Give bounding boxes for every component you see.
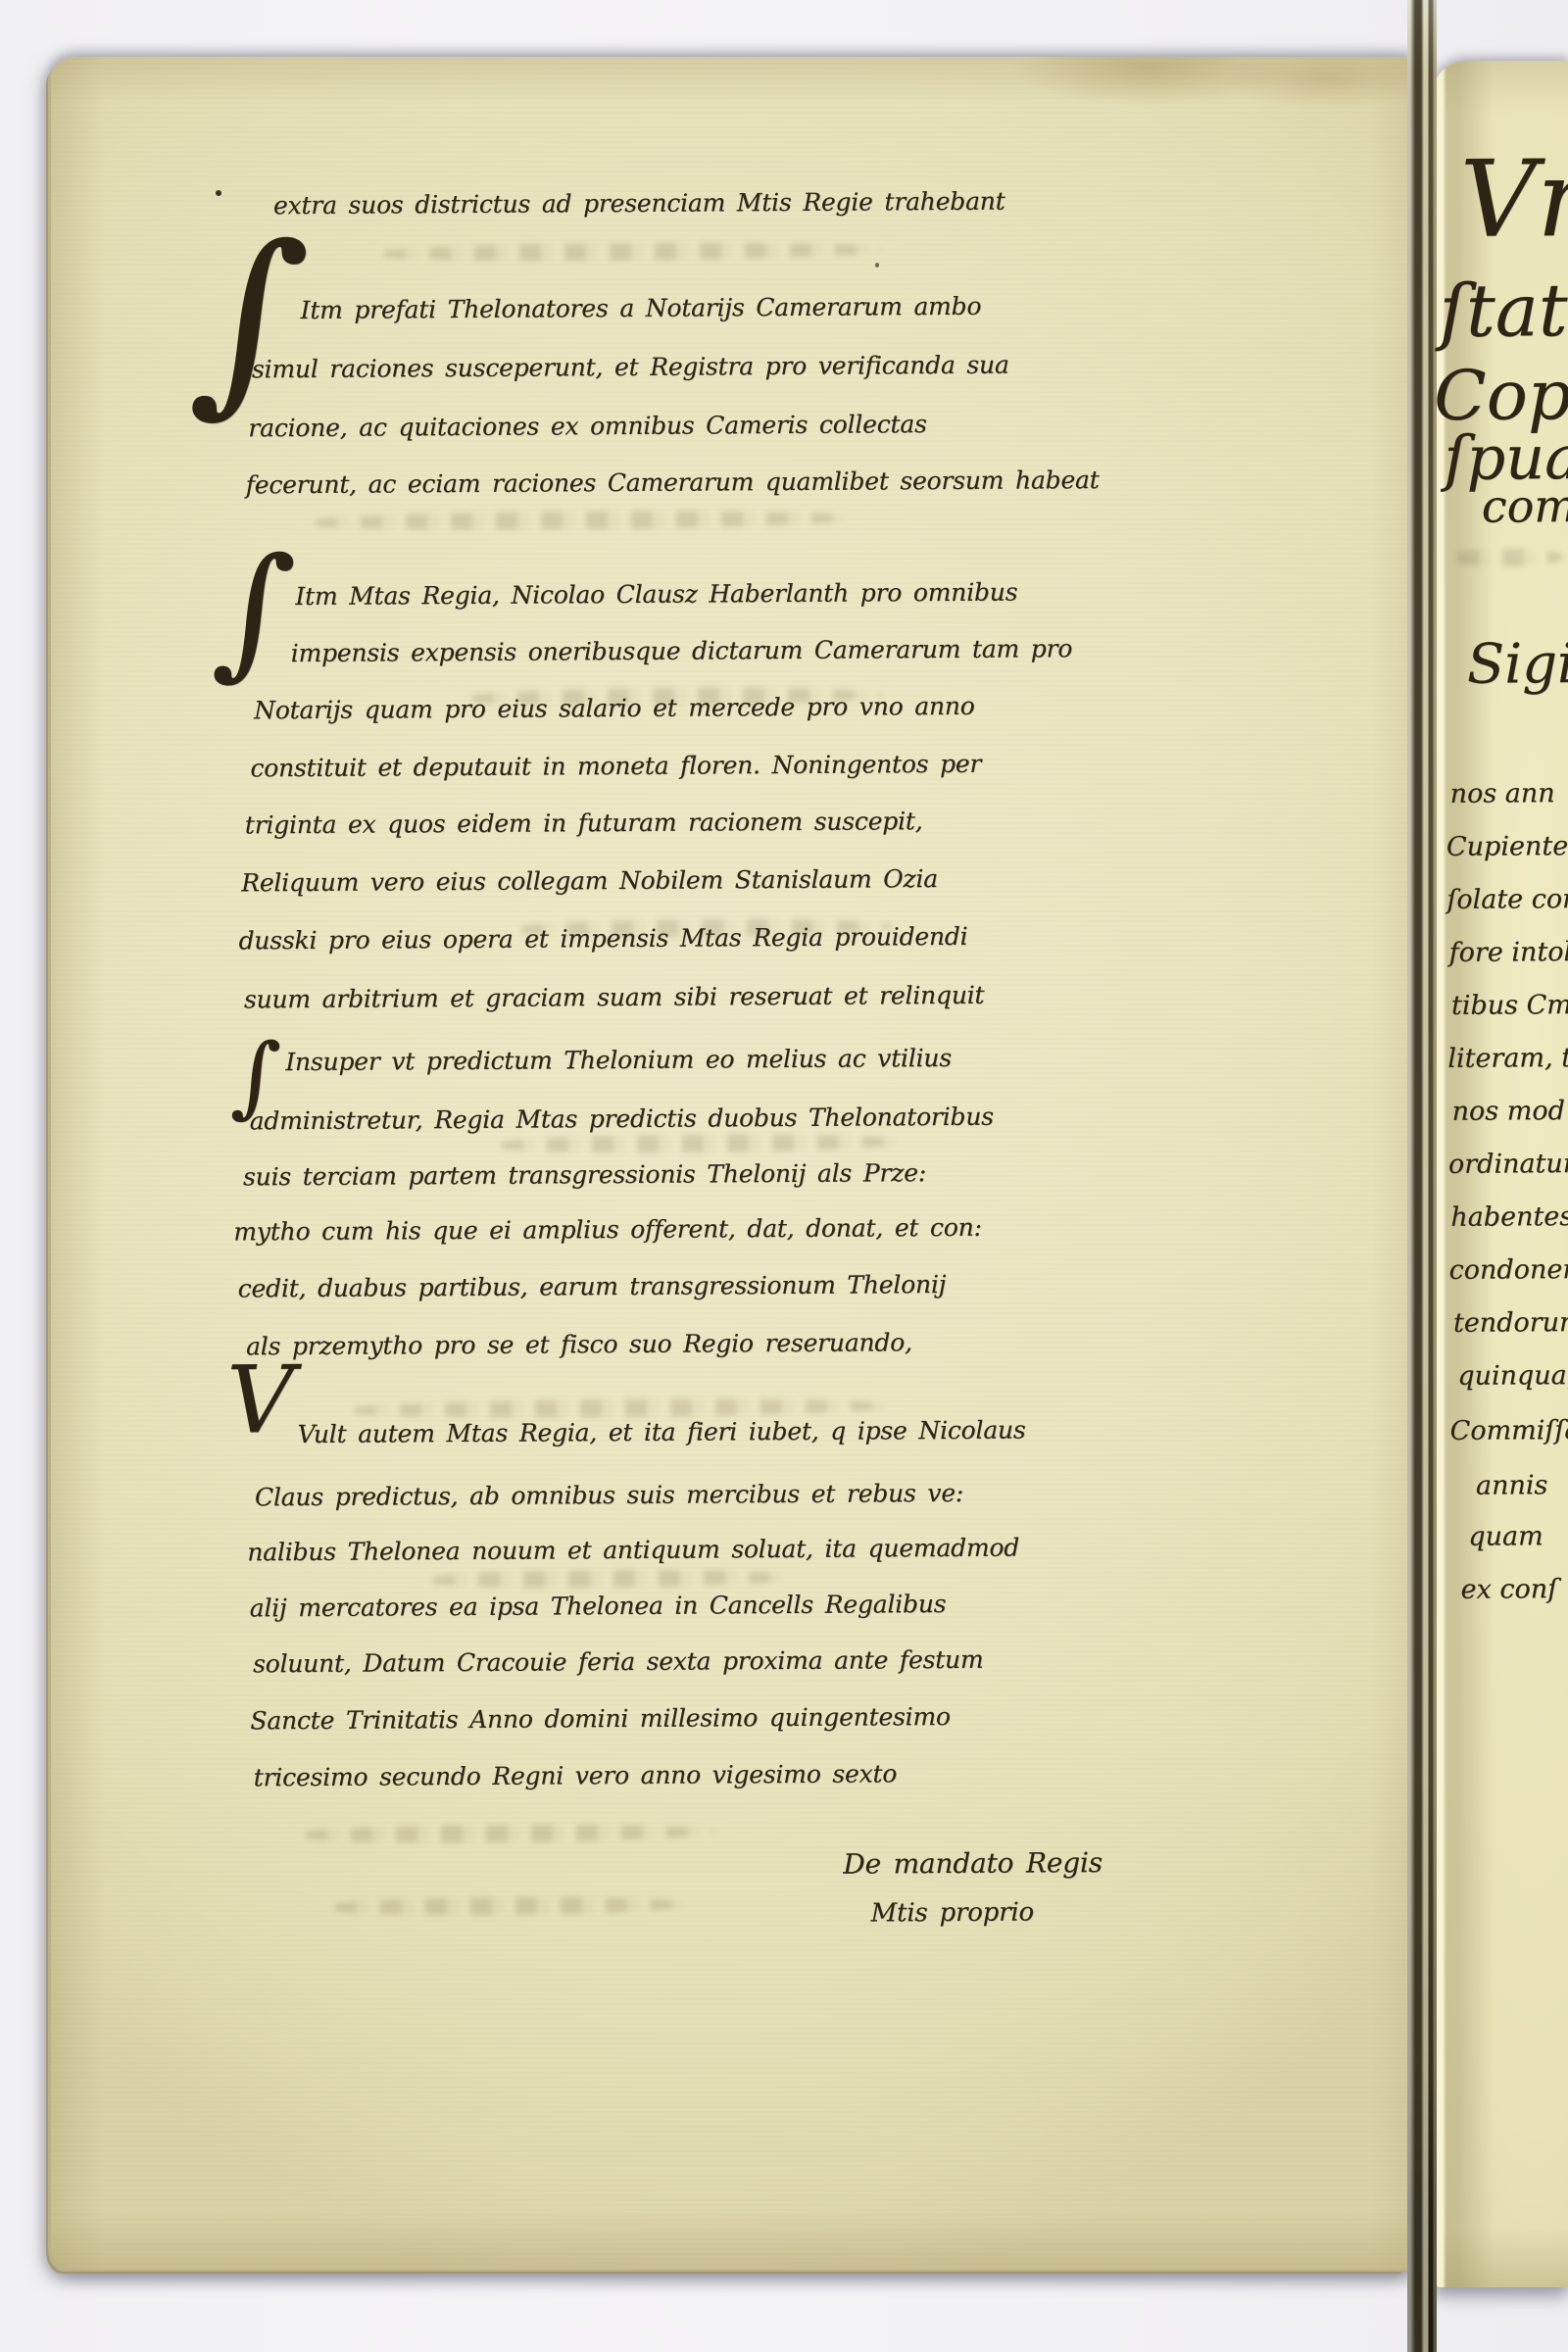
manuscript-line: administretur, Regia Mtas predictis duob… (250, 1102, 994, 1137)
manuscript-line: tricesimo secundo Regni vero anno vigesi… (254, 1759, 898, 1792)
manuscript-line: constituit et deputauit in moneta floren… (250, 750, 981, 784)
paragraph-initial-flourish: ∫ (212, 549, 298, 672)
paragraph-initial-flourish: ∫ (230, 1039, 282, 1113)
right-page-fragment: Sigiſm (1467, 634, 1568, 696)
handwriting-layer: ∫ ∫ ∫ V extra suos districtus ad presenc… (0, 0, 1568, 2352)
manuscript-line: soluunt, Datum Cracouie feria sexta prox… (253, 1645, 984, 1680)
right-page-fragment: Cupiente (1446, 832, 1568, 861)
right-page-fragment: nos ann (1450, 779, 1555, 808)
manuscript-line: mytho cum his que ei amplius offerent, d… (233, 1213, 982, 1248)
right-page-fragment: habentes, (1450, 1202, 1568, 1233)
manuscript-line: fecerunt, ac eciam raciones Camerarum qu… (246, 465, 1100, 500)
manuscript-line: Sancte Trinitatis Anno domini millesimo … (250, 1702, 951, 1736)
right-page-fragment: ex conſ (1461, 1575, 1558, 1604)
photographed-manuscript: ∫ ∫ ∫ V extra suos districtus ad presenc… (0, 0, 1568, 2352)
manuscript-line: racione, ac quitaciones ex omnibus Camer… (248, 410, 927, 443)
subscription-line: Mtis proprio (871, 1897, 1035, 1929)
manuscript-line: Insuper vt predictum Thelonium eo melius… (285, 1044, 952, 1077)
manuscript-line: suum arbitrium et graciam suam sibi rese… (244, 981, 985, 1015)
paragraph-initial-flourish: V (226, 1363, 294, 1438)
right-page-fragment: tibus Cm (1451, 991, 1568, 1020)
right-page-fragment: quam (1468, 1522, 1543, 1551)
manuscript-line: Vult autem Mtas Regia, et ita fieri iube… (298, 1415, 1026, 1449)
manuscript-line: Claus predictus, ab omnibus suis mercibu… (255, 1479, 963, 1512)
right-page-fragment: quinquag (1457, 1361, 1568, 1391)
right-page-fragment: condonent (1449, 1255, 1568, 1286)
manuscript-line: simul raciones susceperunt, et Registra … (252, 351, 1009, 385)
right-page-fragment: annis (1476, 1471, 1548, 1500)
right-page-fragment: ordinatum (1448, 1150, 1568, 1180)
manuscript-line: Notarijs quam pro eius salario et merced… (254, 692, 975, 725)
manuscript-line: extra suos districtus ad presenciam Mtis… (273, 187, 1005, 221)
manuscript-line: suis terciam partem transgressionis Thel… (243, 1158, 926, 1192)
right-page-fragment: Commiſſar (1450, 1416, 1568, 1446)
manuscript-line: impensis expensis oneribusque dictarum C… (291, 634, 1073, 668)
subscription-line: De mandato Regis (843, 1846, 1102, 1881)
right-page-fragment: comm (1482, 481, 1568, 531)
right-page-fragment: fore intol (1449, 938, 1568, 967)
manuscript-line: alij mercatores ea ipsa Thelonea in Canc… (250, 1590, 947, 1623)
right-page-fragment: literam, tam (1447, 1044, 1568, 1074)
right-page-fragment: ſolate cor (1446, 885, 1568, 914)
manuscript-line: dusski pro eius opera et impensis Mtas R… (238, 922, 967, 956)
manuscript-line: triginta ex quos eidem in futuram racion… (245, 807, 923, 840)
right-page-fragment: ſtat (1439, 271, 1567, 352)
manuscript-line: Itm Mtas Regia, Nicolao Clausz Haberlant… (295, 578, 1017, 612)
manuscript-line: Itm prefati Thelonatores a Notarijs Came… (301, 292, 982, 325)
right-page-fragment: Vr (1460, 142, 1568, 260)
manuscript-line: als przemytho pro se et fisco suo Regio … (246, 1328, 912, 1361)
manuscript-line: cedit, duabus partibus, earum transgress… (238, 1270, 947, 1303)
manuscript-line: nalibus Thelonea nouum et antiquum solua… (247, 1534, 1019, 1568)
right-page-fragment: tendorum (1453, 1308, 1568, 1339)
right-page-fragment: nos mod (1452, 1097, 1565, 1126)
manuscript-line: Reliquum vero eius collegam Nobilem Stan… (241, 864, 938, 898)
